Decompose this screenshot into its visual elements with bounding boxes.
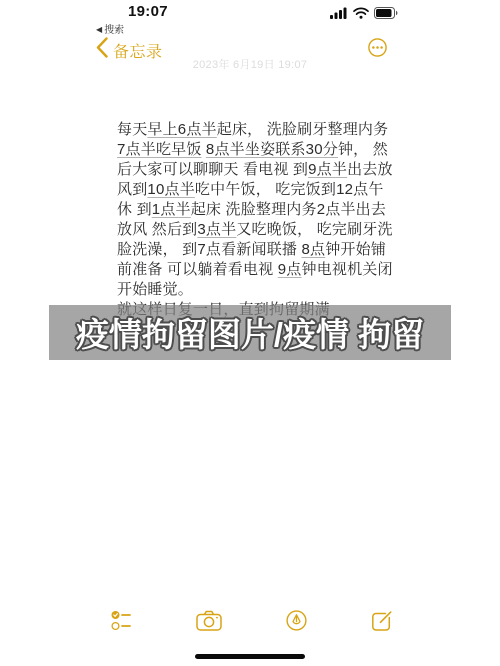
watermark-text: 疫情拘留图片/疫情 拘留 (76, 309, 424, 356)
camera-icon (196, 610, 222, 631)
note-line[interactable]: 风到10点半吃中午饭， 吃完饭到12点午 (117, 180, 399, 200)
note-line[interactable]: 脸洗澡， 到7点看新闻联播 8点钟开始铺 (117, 240, 399, 260)
note-line[interactable]: 每天早上6点半起床， 洗脸刷牙整理内务 (117, 120, 399, 140)
data-detector-link[interactable]: 10点半 (147, 181, 195, 198)
note-line[interactable]: 前准备 可以躺着看电视 9点钟电视机关闭 (117, 260, 399, 280)
watermark-banner: 疫情拘留图片/疫情 拘留 (49, 305, 451, 360)
markup-button[interactable] (286, 610, 307, 636)
note-line[interactable]: 开始睡觉。 (117, 280, 399, 300)
note-text: 风到 (117, 181, 147, 198)
note-text: 后大家可以聊聊天 看电视 到 (117, 161, 308, 178)
data-detector-link[interactable]: 1点半 (152, 201, 191, 218)
data-detector-link[interactable]: 8点半坐姿联系30分 (206, 141, 338, 158)
note-text: 前准备 可以躺着看电视 (117, 261, 278, 278)
note-text: 起床 洗脸整理内务2点半出去 (191, 201, 386, 218)
note-text: 每天 (117, 121, 147, 138)
cellular-signal-icon (330, 6, 348, 24)
note-line[interactable]: 放风 然后到3点半又吃晚饭， 吃完刷牙洗 (117, 220, 399, 240)
back-to-app-arrow-icon: ◀ (96, 25, 102, 34)
note-line[interactable]: 后大家可以聊聊天 看电视 到9点半出去放 (117, 160, 399, 180)
note-text: 钟开始铺 (325, 241, 386, 258)
home-indicator[interactable] (195, 654, 305, 659)
data-detector-link[interactable]: 8点 (301, 241, 325, 258)
note-text: 又吃晚饭， 吃完刷牙洗 (236, 221, 392, 238)
note-text: 起床， 洗脸刷牙整理内务 (217, 121, 389, 138)
note-body[interactable]: 每天早上6点半起床， 洗脸刷牙整理内务7点半吃早饭 8点半坐姿联系30分钟， 然… (117, 120, 399, 320)
back-to-app-label: 搜索 (104, 25, 124, 36)
battery-icon (374, 6, 398, 24)
note-text: 出去放 (347, 161, 393, 178)
checklist-icon (111, 610, 135, 632)
compose-icon (371, 610, 393, 632)
note-text: 休 到 (117, 201, 152, 218)
data-detector-link[interactable]: 9点 (278, 261, 302, 278)
note-text: 放风 然后到 (117, 221, 197, 238)
note-text: 脸洗澡， 到7点看新闻联播 (117, 241, 301, 258)
note-text: 吃中午饭， 吃完饭到12点午 (195, 181, 384, 198)
markup-pen-icon (286, 610, 307, 631)
note-date: 2023年 6月19日 19:07 (0, 56, 500, 72)
note-line[interactable]: 休 到1点半起床 洗脸整理内务2点半出去 (117, 200, 399, 220)
checklist-button[interactable] (111, 610, 135, 637)
data-detector-link[interactable]: 3点半 (197, 221, 236, 238)
note-text: 钟电视机关闭 (302, 261, 393, 278)
note-text: 钟， 然 (338, 141, 388, 158)
back-to-app-link[interactable]: ◀搜索 (96, 21, 124, 36)
ellipsis-circle-icon (368, 38, 387, 57)
notes-app-screen: 19:07 ◀搜索 (0, 0, 500, 666)
data-detector-link[interactable]: 9点半 (308, 161, 347, 178)
status-icons (330, 8, 405, 22)
camera-button[interactable] (196, 610, 222, 636)
status-time: 19:07 (128, 3, 168, 20)
more-options-button[interactable] (368, 38, 387, 57)
compose-button[interactable] (371, 610, 393, 637)
data-detector-link[interactable]: 7点半吃早饭 (117, 141, 202, 158)
note-text: 开始睡觉。 (117, 281, 193, 298)
note-line[interactable]: 7点半吃早饭 8点半坐姿联系30分钟， 然 (117, 140, 399, 160)
wifi-icon (353, 6, 369, 24)
data-detector-link[interactable]: 早上6点半 (147, 121, 216, 138)
